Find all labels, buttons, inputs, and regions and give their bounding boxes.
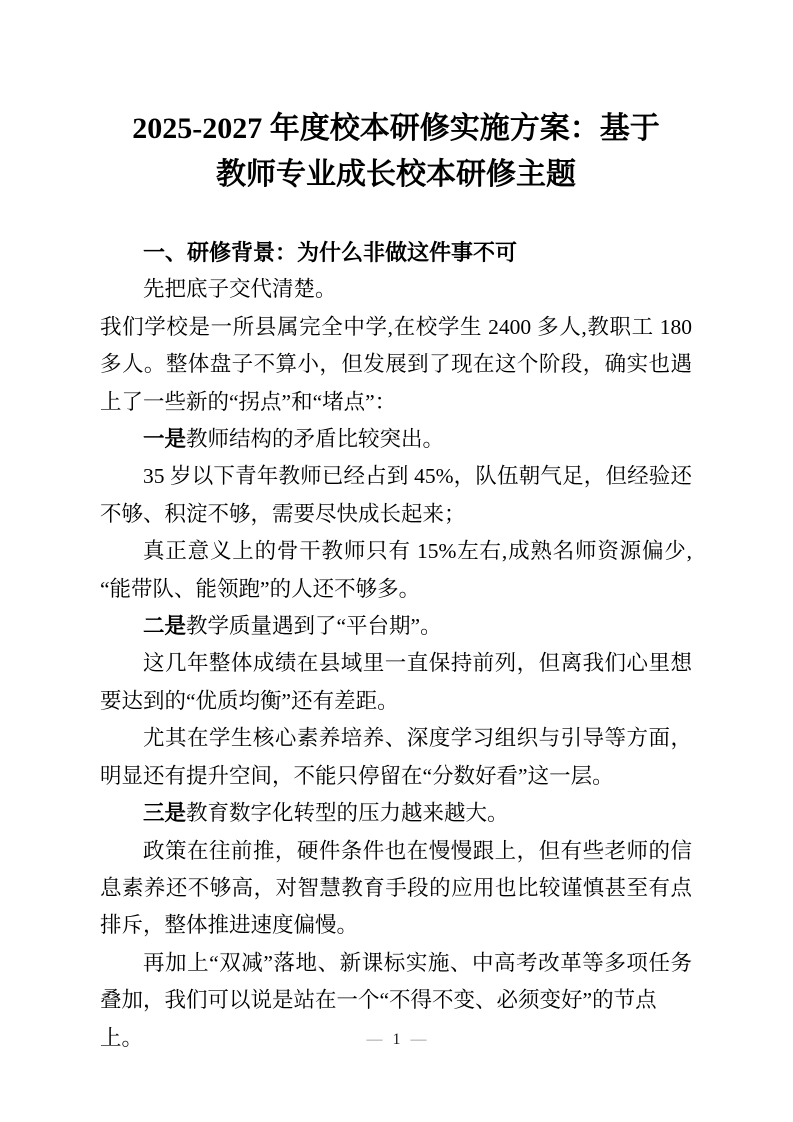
text-segment: 政策在往前推，硬件条件也在慢慢跟上，但有些老师的信 [143,839,692,863]
footer-dash-left: — [367,1031,383,1048]
body-line: “能带队、能领跑”的人还不够多。 [100,571,692,608]
text-segment: 35 岁以下青年教师已经占到 45%，队伍朝气足，但经验还 [143,464,692,488]
body-line: 再加上“双减”落地、新课标实施、中高考改革等多项任务 [100,945,692,982]
text-segment: 尤其在学生核心素养培养、深度学习组织与引导等方面， [143,726,692,750]
text-segment: 先把底子交代清楚。 [143,277,337,301]
text-segment: 明显还有提升空间，不能只停留在“分数好看”这一层。 [100,764,614,788]
text-segment: 我们学校是一所县属完全中学,在校学生 2400 多人,教职工 180 [100,315,692,339]
text-segment: 多人。整体盘子不算小，但发展到了现在这个阶段，确实也遇 [100,352,692,376]
body-line: 明显还有提升空间，不能只停留在“分数好看”这一层。 [100,758,692,795]
body-line: 上了一些新的“拐点”和“堵点”： [100,384,692,421]
document-content: 2025-2027 年度校本研修实施方案：基于 教师专业成长校本研修主题 一、研… [100,106,692,1057]
body-line: 政策在往前推，硬件条件也在慢慢跟上，但有些老师的信 [100,833,692,870]
text-segment-bold: 一、研修背景：为什么非做这件事不可 [143,240,517,265]
section-heading: 一、研修背景：为什么非做这件事不可 [100,234,692,271]
text-segment: 要达到的“优质均衡”还有差距。 [100,689,399,713]
body-line: 不够、积淀不够，需要尽快成长起来； [100,496,692,533]
document-title-line-1: 2025-2027 年度校本研修实施方案：基于 [100,106,692,152]
text-segment: 教育数字化转型的压力越来越大。 [186,801,509,825]
text-segment-bold: 二是 [143,614,186,638]
body-line: 排斥，整体推进速度偏慢。 [100,907,692,944]
body-line: 先把底子交代清楚。 [100,271,692,308]
text-segment: 教师结构的矛盾比较突出。 [186,427,444,451]
body-line: 真正意义上的骨干教师只有 15%左右,成熟名师资源偏少, [100,533,692,570]
text-segment-bold: 一是 [143,427,186,451]
body-line: 多人。整体盘子不算小，但发展到了现在这个阶段，确实也遇 [100,346,692,383]
footer-dash-right: — [411,1031,427,1048]
body-line: 要达到的“优质均衡”还有差距。 [100,683,692,720]
body-line: 息素养还不够高，对智慧教育手段的应用也比较谨慎甚至有点 [100,870,692,907]
body-line: 35 岁以下青年教师已经占到 45%，队伍朝气足，但经验还 [100,458,692,495]
page-number: 1 [393,1031,401,1048]
text-segment: 教学质量遇到了“平台期”。 [186,614,442,638]
text-segment: 再加上“双减”落地、新课标实施、中高考改革等多项任务 [143,951,692,975]
text-segment: 这几年整体成绩在县域里一直保持前列，但离我们心里想 [143,651,692,675]
document-page: 2025-2027 年度校本研修实施方案：基于 教师专业成长校本研修主题 一、研… [0,0,793,1122]
text-segment: 不够、积淀不够，需要尽快成长起来； [100,502,466,526]
text-segment-bold: 三是 [143,801,186,825]
body-line: 一是教师结构的矛盾比较突出。 [100,421,692,458]
page-footer: —1— [0,1030,793,1050]
document-title-line-2: 教师专业成长校本研修主题 [100,152,692,198]
text-segment: 真正意义上的骨干教师只有 15%左右,成熟名师资源偏少, [143,539,692,563]
text-segment: 排斥，整体推进速度偏慢。 [100,913,358,937]
document-lines: 一、研修背景：为什么非做这件事不可先把底子交代清楚。我们学校是一所县属完全中学,… [100,234,692,1057]
text-segment: 息素养还不够高，对智慧教育手段的应用也比较谨慎甚至有点 [100,876,692,900]
text-segment: 上了一些新的“拐点”和“堵点”： [100,390,396,414]
document-title: 2025-2027 年度校本研修实施方案：基于 教师专业成长校本研修主题 [100,106,692,198]
body-line: 这几年整体成绩在县域里一直保持前列，但离我们心里想 [100,645,692,682]
body-line: 二是教学质量遇到了“平台期”。 [100,608,692,645]
body-line: 尤其在学生核心素养培养、深度学习组织与引导等方面， [100,720,692,757]
text-segment: “能带队、能领跑”的人还不够多。 [100,577,420,601]
body-line: 我们学校是一所县属完全中学,在校学生 2400 多人,教职工 180 [100,309,692,346]
body-line: 三是教育数字化转型的压力越来越大。 [100,795,692,832]
